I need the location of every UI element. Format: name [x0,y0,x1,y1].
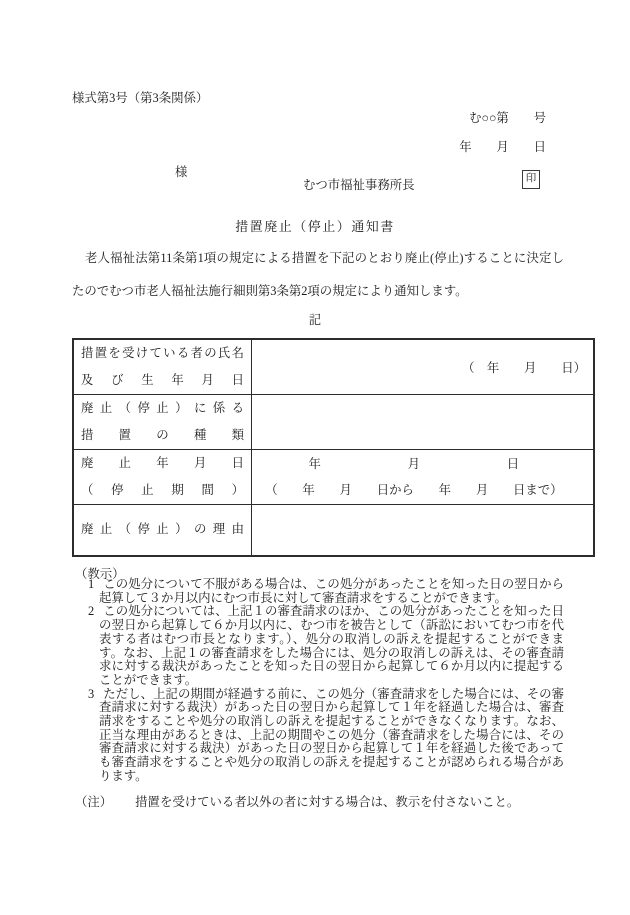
date-placeholder-line: 年 月 日 [259,451,586,477]
table-row-name-birthdate: 措置を受けている者の氏名 及び生年月日 （ 年 月 日） [73,339,594,395]
row-label-line: 措置の種類 [81,422,244,449]
sender-title: むつ市福祉事務所長 [303,175,415,193]
row-label-cell: 廃止（停止）に係る 措置の種類 [73,395,252,450]
kyoji-item-text: この処分について不服がある場合は、この処分があったことを知った日の翌日から起算し… [99,577,564,605]
note-label: （注） [75,795,112,809]
row-label-line: 措置を受けている者の氏名 [81,340,244,367]
table-row-reason: 廃止（停止）の理由 [73,505,594,556]
row-label-cell: 措置を受けている者の氏名 及び生年月日 [73,339,252,395]
note-line: （注）措置を受けている者以外の者に対する場合は、教示を付さないこと。 [75,792,519,810]
kyoji-item-number: 1 [88,577,94,591]
document-title: 措置廃止（停止）通知書 [0,216,630,235]
document-page: 様式第3号（第3条関係） む○○第 号 年 月 日 様 むつ市福祉事務所長 印 … [0,0,630,915]
row-label-line: 廃止（停止）の理由 [81,516,244,543]
row-label-line: 及び生年月日 [81,367,244,394]
row-label-cell: 廃止年月日 （停止期間） [73,450,252,505]
kyoji-item-2: 2この処分については、上記１の審査請求のほか、この処分があったことを知った日の翌… [88,605,564,687]
row-value-cell: （ 年 月 日） [252,339,595,395]
notice-table: 措置を受けている者の氏名 及び生年月日 （ 年 月 日） 廃止（停止）に係る 措… [72,338,595,557]
seal-stamp-box: 印 [522,170,540,189]
kyoji-item-number: 3 [88,687,94,701]
form-number-label: 様式第3号（第3条関係） [72,88,208,106]
addressee-suffix: 様 [175,162,187,180]
kyoji-item-1: 1この処分について不服がある場合は、この処分があったことを知った日の翌日から起算… [88,578,564,605]
row-label-line: 廃止年月日 [81,450,244,477]
kyoji-item-number: 2 [88,604,94,618]
period-placeholder-line: （ 年 月 日から 年 月 日まで） [259,477,586,503]
kyoji-item-text: この処分については、上記１の審査請求のほか、この処分があったことを知った日の翌日… [99,604,564,687]
body-paragraph: 老人福祉法第11条第1項の規定による措置を下記のとおり廃止(停止)することに決定… [72,242,564,308]
row-value-cell [252,505,595,556]
ki-heading: 記 [0,310,630,328]
row-value-cell [252,395,595,450]
kyoji-item-3: 3ただし、上記の期間が経過する前に、この処分（審査請求をした場合には、その審査請… [88,688,564,784]
note-text: 措置を受けている者以外の者に対する場合は、教示を付さないこと。 [135,795,519,809]
table-row-measure-type: 廃止（停止）に係る 措置の種類 [73,395,594,450]
row-label-line: （停止期間） [81,477,244,504]
kyoji-list: 1この処分について不服がある場合は、この処分があったことを知った日の翌日から起算… [88,578,564,784]
row-label-cell: 廃止（停止）の理由 [73,505,252,556]
row-label-line: 廃止（停止）に係る [81,395,244,422]
document-number-line: む○○第 号 [469,108,546,126]
birthdate-placeholder: （ 年 月 日） [462,361,586,375]
date-line: 年 月 日 [459,137,546,155]
table-row-abolition-date: 廃止年月日 （停止期間） 年 月 日 （ 年 月 日から 年 月 日まで） [73,450,594,505]
row-value-cell: 年 月 日 （ 年 月 日から 年 月 日まで） [252,450,595,505]
seal-character: 印 [526,174,537,185]
kyoji-item-text: ただし、上記の期間が経過する前に、この処分（審査請求をした場合には、その審査請求… [99,687,564,783]
